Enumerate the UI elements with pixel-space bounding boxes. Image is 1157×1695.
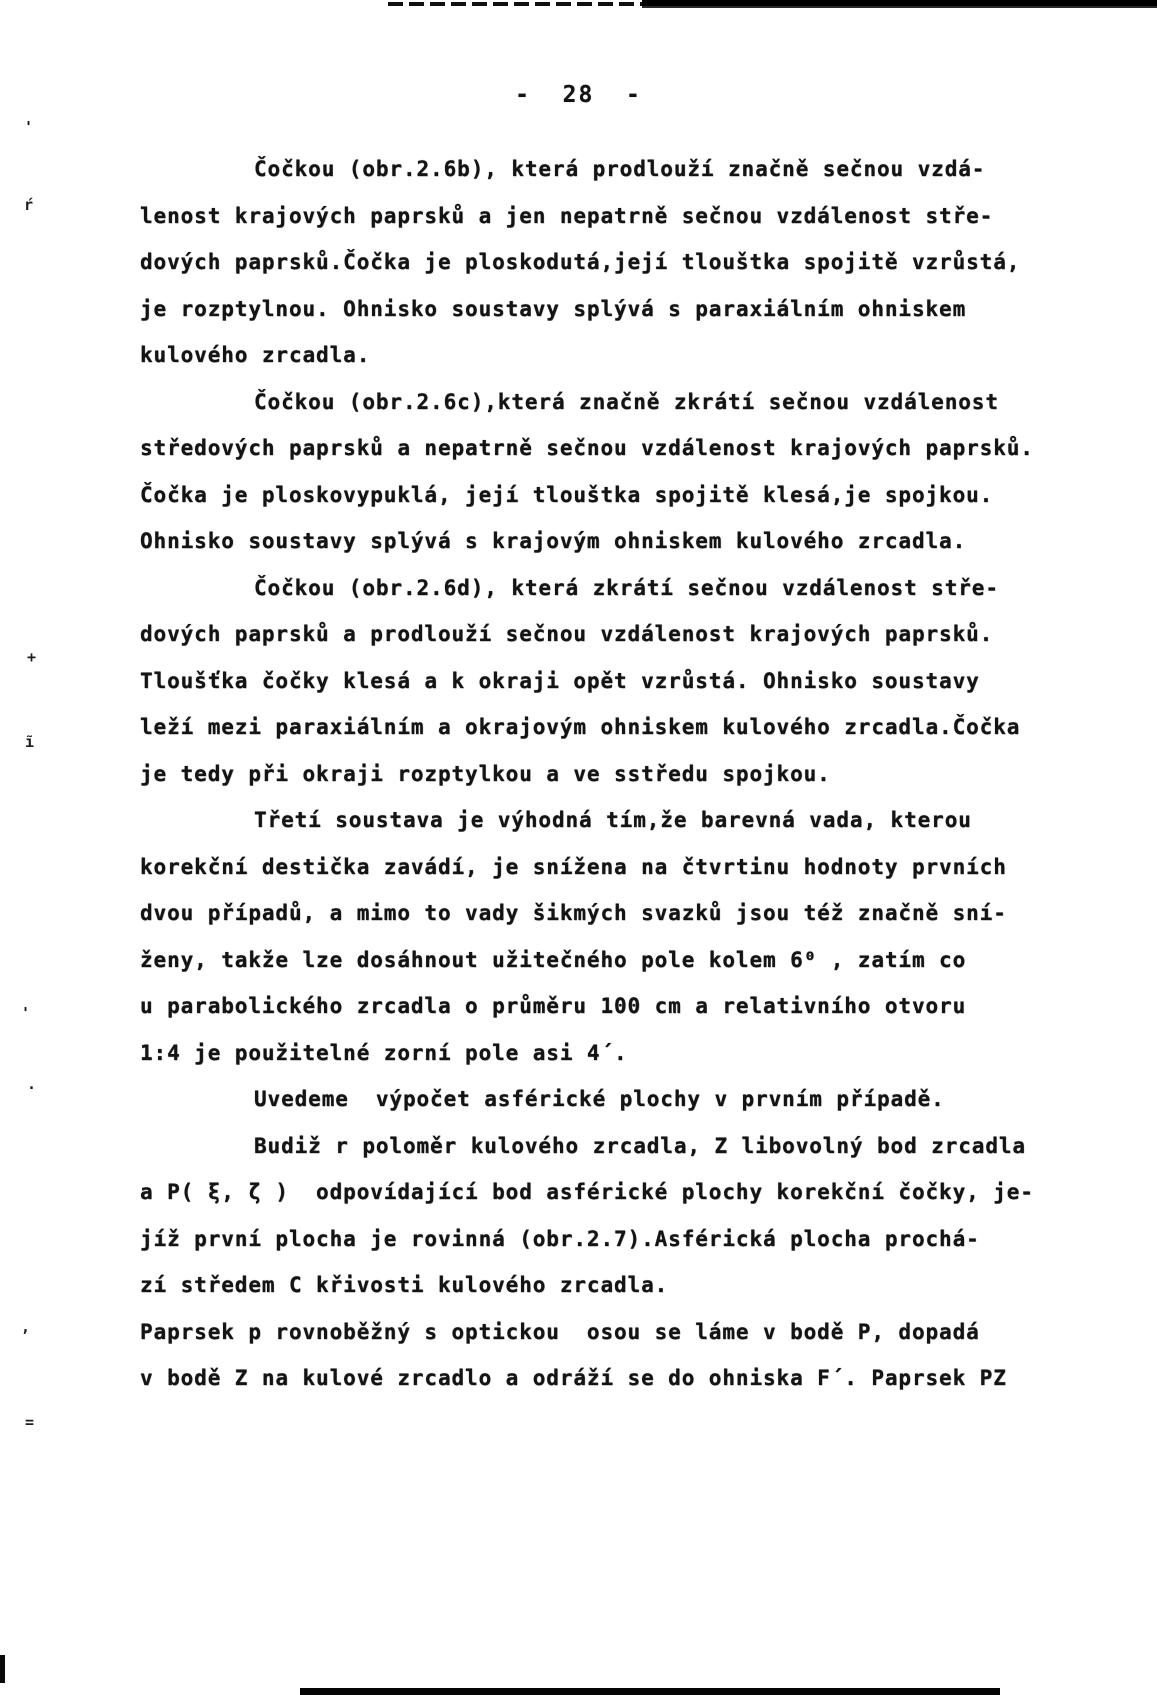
scan-speck: · (27, 1081, 36, 1096)
scan-artifact-top-bar (642, 0, 1157, 9)
text-line: korekční destička zavádí, je snížena na … (140, 844, 1120, 891)
text-line: Čočkou (obr.2.6c),která značně zkrátí se… (140, 379, 1120, 426)
scanned-document-page: - 28 - Čočkou (obr.2.6b), která prodlouž… (0, 0, 1157, 1695)
text-line: Čočkou (obr.2.6b), která prodlouží značn… (140, 146, 1120, 193)
scan-artifact-bottom-bar (300, 1688, 1000, 1695)
scan-speck: ĩ (25, 735, 34, 750)
text-line: u parabolického zrcadla o průměru 100 cm… (140, 983, 1120, 1030)
text-line: Čočkou (obr.2.6d), která zkrátí sečnou v… (140, 565, 1120, 612)
text-line: leží mezi paraxiálním a okrajovým ohnisk… (140, 704, 1120, 751)
text-line: jíž první plocha je rovinná (obr.2.7).As… (140, 1216, 1120, 1263)
text-line: dových paprsků a prodlouží sečnou vzdále… (140, 611, 1120, 658)
text-line: v bodě Z na kulové zrcadlo a odráží se d… (140, 1355, 1120, 1402)
text-line: je rozptylnou. Ohnisko soustavy splývá s… (140, 286, 1120, 333)
document-body: Čočkou (obr.2.6b), která prodlouží značn… (140, 146, 1120, 1402)
scan-speck: ' (21, 1006, 30, 1021)
scan-speck: = (25, 1415, 34, 1430)
text-line: Tloušťka čočky klesá a k okraji opět vzr… (140, 658, 1120, 705)
text-line: dvou případů, a mimo to vady šikmých sva… (140, 890, 1120, 937)
scan-speck: ŕ (24, 198, 33, 213)
text-line: je tedy při okraji rozptylkou a ve sstře… (140, 751, 1120, 798)
text-line: zí středem C křivosti kulového zrcadla. (140, 1262, 1120, 1309)
text-line: Paprsek p rovnoběžný s optickou osou se … (140, 1309, 1120, 1356)
text-line: středových paprsků a nepatrně sečnou vzd… (140, 425, 1120, 472)
text-line: Třetí soustava je výhodná tím,že barevná… (140, 797, 1120, 844)
text-line: Ohnisko soustavy splývá s krajovým ohnis… (140, 518, 1120, 565)
scan-speck: ' (24, 120, 33, 135)
scan-speck: , (21, 1320, 30, 1335)
text-line: Uvedeme výpočet asférické plochy v první… (140, 1076, 1120, 1123)
text-line: lenost krajových paprsků a jen nepatrně … (140, 193, 1120, 240)
text-line: kulového zrcadla. (140, 332, 1120, 379)
text-line: Čočka je ploskovypuklá, její tlouštka sp… (140, 472, 1120, 519)
scan-artifact-top-dashed-line (388, 2, 650, 6)
scan-artifact-left-nub (0, 1655, 5, 1683)
scan-speck: + (27, 650, 36, 665)
text-line: ženy, takže lze dosáhnout užitečného pol… (140, 937, 1120, 984)
text-line: dových paprsků.Čočka je ploskodutá,její … (140, 239, 1120, 286)
text-line: Budiž r poloměr kulového zrcadla, Z libo… (140, 1123, 1120, 1170)
page-number: - 28 - (0, 82, 1157, 108)
text-line: 1:4 je použitelné zorní pole asi 4´. (140, 1030, 1120, 1077)
text-line: a P( ξ, ζ ) odpovídající bod asférické p… (140, 1169, 1120, 1216)
